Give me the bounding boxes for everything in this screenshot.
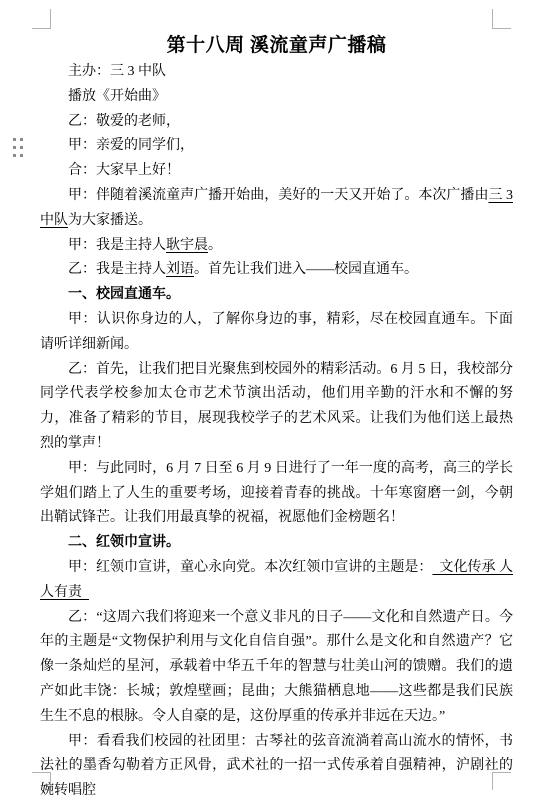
text-run: 甲：亲爱的同学们， [68,138,194,153]
underlined-text-run: 刘语 [166,262,194,277]
text-run: 甲：认识你身边的人，了解你身边的事，精彩，尽在校园直通车。下面请听详细新闻。 [40,312,513,352]
text-run: 播放《开始曲》 [68,89,166,104]
text-run: 甲：看看我们校园的社团里：古琴社的弦音流淌着高山流水的情怀，书法社的墨香勾勒着方… [40,734,513,799]
paragraph[interactable]: 甲：与此同时，6 月 7 日至 6 月 9 日进行了一年一度的高考，高三的学长学… [40,457,513,531]
paragraph[interactable]: 甲：认识你身边的人，了解你身边的事，精彩，尽在校园直通车。下面请听详细新闻。 [40,308,513,358]
text-run: 乙：我是主持人 [68,262,166,277]
text-run: 甲：红领巾宣讲，童心永向党。本次红领巾宣讲的主题是： [68,560,432,575]
text-run: 。 [208,238,222,253]
document-content[interactable]: 第十八周 溪流童声广播稿 主办：三 3 中队播放《开始曲》乙：敬爱的老师，甲：亲… [40,33,513,801]
text-run: 乙：“这周六我们将迎来一个意义非凡的日子——文化和自然遗产日。今年的主题是“文物… [40,610,513,724]
paragraph[interactable]: 甲：红领巾宣讲，童心永向党。本次红领巾宣讲的主题是： 文化传承 人人有责 [40,556,513,606]
paragraph[interactable]: 乙：首先，让我们把目光聚焦到校园外的精彩活动。6 月 5 日，我校部分同学代表学… [40,358,513,457]
document-title: 第十八周 溪流童声广播稿 [40,33,513,58]
text-run: 甲：与此同时，6 月 7 日至 6 月 9 日进行了一年一度的高考，高三的学长学… [40,461,513,526]
paragraph[interactable]: 乙：“这周六我们将迎来一个意义非凡的日子——文化和自然遗产日。今年的主题是“文物… [40,606,513,730]
paragraph[interactable]: 甲：亲爱的同学们， [40,134,513,159]
text-run: 二、红领巾宣讲。 [68,535,180,550]
text-run: 合：大家早上好！ [68,163,180,178]
document-body: 主办：三 3 中队播放《开始曲》乙：敬爱的老师，甲：亲爱的同学们，合：大家早上好… [40,60,513,801]
text-run: 乙：首先，让我们把目光聚焦到校园外的精彩活动。6 月 5 日，我校部分同学代表学… [40,362,513,451]
text-run: 为大家播送。 [68,213,152,228]
section-heading[interactable]: 二、红领巾宣讲。 [40,531,513,556]
paragraph[interactable]: 甲：伴随着溪流童声广播开始曲，美好的一天又开始了。本次广播由三 3 中队为大家播… [40,184,513,234]
text-run: 主办：三 3 中队 [68,64,166,79]
text-run: 甲：我是主持人 [68,238,166,253]
paragraph[interactable]: 甲：看看我们校园的社团里：古琴社的弦音流淌着高山流水的情怀，书法社的墨香勾勒着方… [40,730,513,801]
document-page[interactable]: 第十八周 溪流童声广播稿 主办：三 3 中队播放《开始曲》乙：敬爱的老师，甲：亲… [0,0,553,801]
paragraph[interactable]: 甲：我是主持人耿宇晨。 [40,234,513,259]
paragraph[interactable]: 乙：敬爱的老师， [40,110,513,135]
text-run: 甲：伴随着溪流童声广播开始曲，美好的一天又开始了。本次广播由 [68,188,488,203]
section-heading[interactable]: 一、校园直通车。 [40,283,513,308]
margin-corner-mark-top-right [492,9,511,29]
paragraph[interactable]: 合：大家早上好！ [40,159,513,184]
margin-corner-mark-top-left [32,9,51,29]
paragraph[interactable]: 播放《开始曲》 [40,85,513,110]
text-run: 一、校园直通车。 [68,287,180,302]
paragraph[interactable]: 乙：我是主持人刘语。首先让我们进入——校园直通车。 [40,258,513,283]
autoscroll-anchor-icon [13,138,23,157]
underlined-text-run: 耿宇晨 [166,238,208,253]
paragraph[interactable]: 主办：三 3 中队 [40,60,513,85]
text-run: 乙：敬爱的老师， [68,114,180,129]
text-run: 。首先让我们进入——校园直通车。 [194,262,418,277]
